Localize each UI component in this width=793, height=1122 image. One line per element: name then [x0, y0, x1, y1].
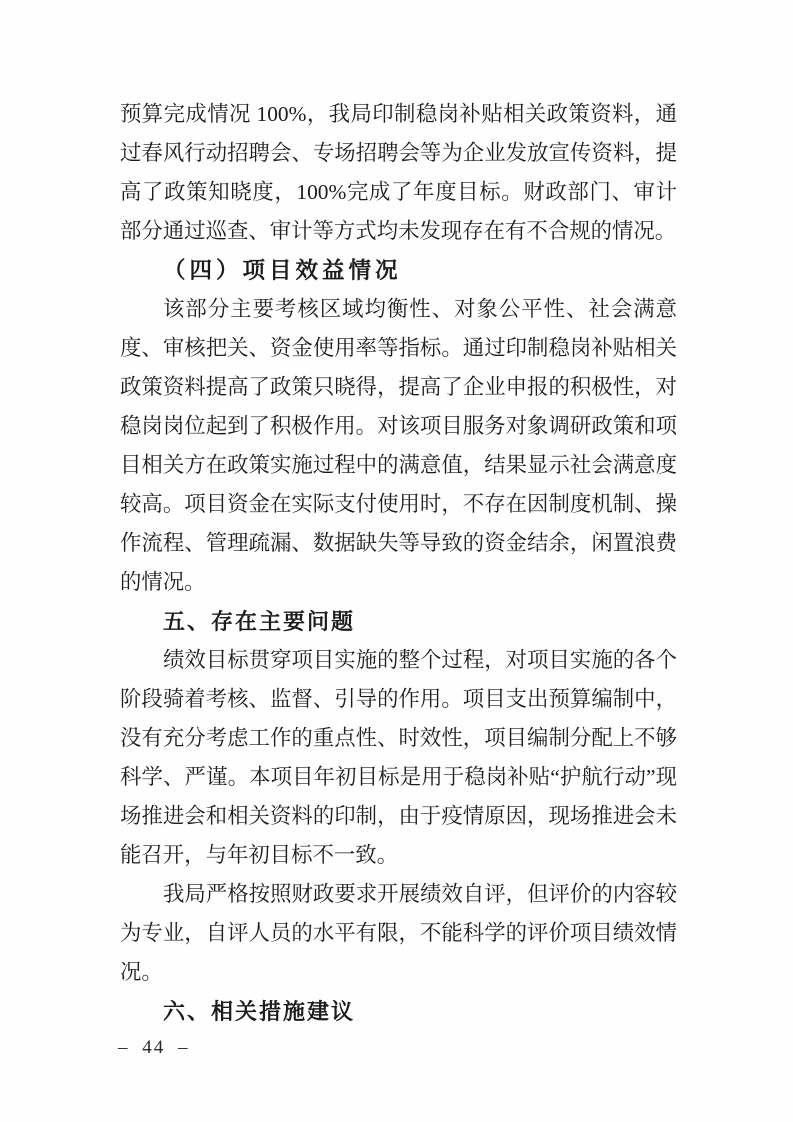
paragraph-section-5-performance-goals: 绩效目标贯穿项目实施的整个过程，对项目实施的各个阶段骑着考核、监督、引导的作用。… [120, 641, 677, 875]
document-page: 预算完成情况 100%，我局印制稳岗补贴相关政策资料，通过春风行动招聘会、专场招… [0, 0, 793, 1122]
heading-section-4-project-benefits: （四）项目效益情况 [120, 251, 677, 290]
paragraph-section-4-project-benefits: 该部分主要考核区域均衡性、对象公平性、社会满意度、审核把关、资金使用率等指标。通… [120, 290, 677, 602]
page-content: 预算完成情况 100%，我局印制稳岗补贴相关政策资料，通过春风行动招聘会、专场招… [120, 95, 677, 1031]
paragraph-section-5-self-evaluation: 我局严格按照财政要求开展绩效自评，但评价的内容较为专业，自评人员的水平有限，不能… [120, 875, 677, 992]
heading-section-5-main-problems: 五、存在主要问题 [120, 602, 677, 641]
page-number: – 44 – [118, 1036, 190, 1060]
paragraph-budget-completion: 预算完成情况 100%，我局印制稳岗补贴相关政策资料，通过春风行动招聘会、专场招… [120, 95, 677, 251]
heading-section-6-suggestions: 六、相关措施建议 [120, 992, 677, 1031]
